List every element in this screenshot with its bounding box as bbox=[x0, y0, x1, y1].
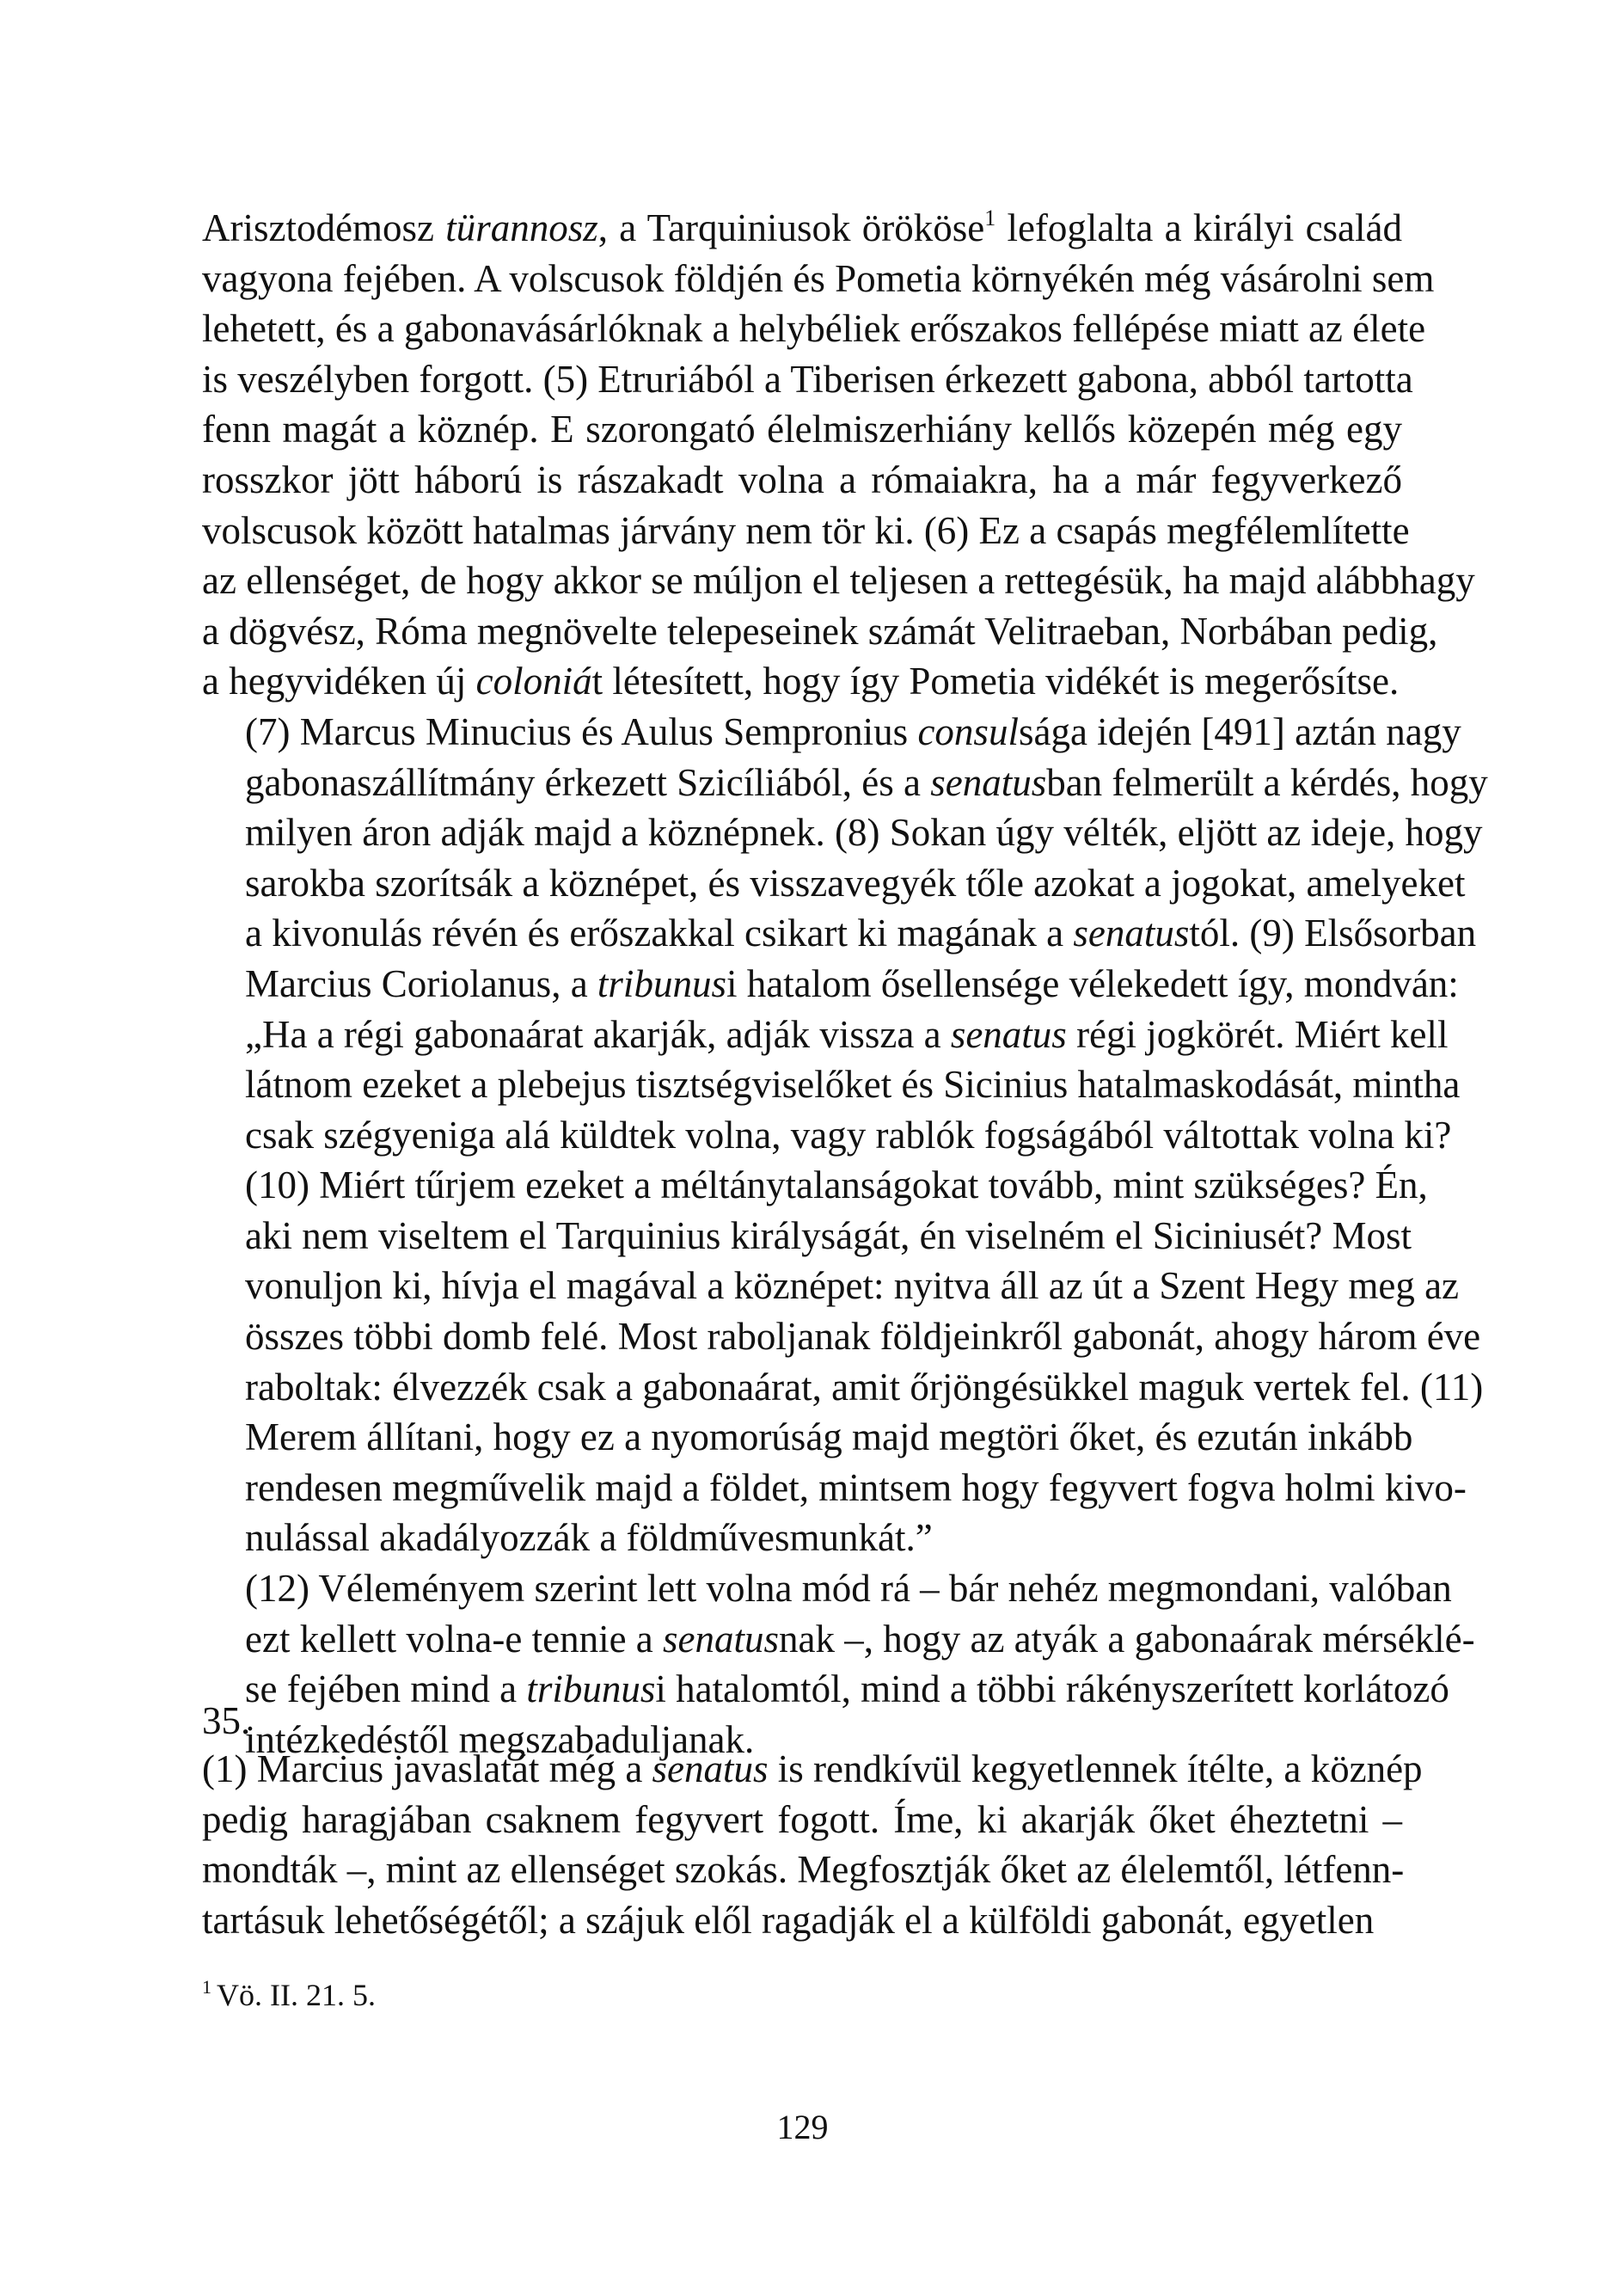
text-line: Merem állítani, hogy ez a nyomorúság maj… bbox=[202, 1412, 1402, 1463]
text-line: se fejében mind a tribunusi hatalomtól, … bbox=[202, 1664, 1402, 1715]
footnote-reference[interactable]: 1 bbox=[984, 206, 995, 230]
text-line: az ellenséget, de hogy akkor se múljon e… bbox=[202, 556, 1402, 606]
section-35-body: (1) Marcius javaslatát még a senatus is … bbox=[202, 1744, 1402, 1945]
book-page: Arisztodémosz türannosz, a Tarquiniusok … bbox=[0, 0, 1605, 2296]
text-line: lehetett, és a gabonavásárlóknak a helyb… bbox=[202, 304, 1402, 354]
section-number: 35. bbox=[202, 1696, 250, 1747]
text-line: nulással akadályozzák a földművesmunkát.… bbox=[202, 1513, 1402, 1563]
section-35-paragraph-1: (1) Marcius javaslatát még a senatus is … bbox=[202, 1744, 1402, 1945]
text-line: csak szégyeniga alá küldtek volna, vagy … bbox=[202, 1110, 1402, 1161]
italic-term: senatus bbox=[1073, 912, 1189, 955]
text-line: vonuljon ki, hívja el magával a köznépet… bbox=[202, 1261, 1402, 1311]
text-line: „Ha a régi gabonaárat akarják, adják vis… bbox=[202, 1010, 1402, 1060]
paragraph-2: (7) Marcus Minucius és Aulus Sempronius … bbox=[202, 707, 1402, 1563]
text-line: aki nem viseltem el Tarquinius királyság… bbox=[202, 1211, 1402, 1262]
italic-term: senatus bbox=[930, 761, 1046, 804]
body-text: Arisztodémosz türannosz, a Tarquiniusok … bbox=[202, 203, 1402, 1765]
text-line: volscusok között hatalmas járvány nem tö… bbox=[202, 506, 1402, 556]
paragraph-3: (12) Véleményem szerint lett volna mód r… bbox=[202, 1563, 1402, 1765]
italic-term: senatus bbox=[652, 1747, 769, 1790]
italic-term: coloniá bbox=[476, 660, 592, 703]
text-line: vagyona fejében. A volscusok földjén és … bbox=[202, 254, 1402, 304]
text-line: is veszélyben forgott. (5) Etruriából a … bbox=[202, 354, 1402, 405]
italic-term: senatus bbox=[951, 1013, 1067, 1056]
text-line: (7) Marcus Minucius és Aulus Sempronius … bbox=[202, 707, 1402, 758]
text-line: rendesen megművelik majd a földet, mints… bbox=[202, 1463, 1402, 1513]
text-line: mondták –, mint az ellenséget szokás. Me… bbox=[202, 1845, 1402, 1895]
footnote-text: Vö. II. 21. 5. bbox=[217, 1978, 376, 2012]
text-line: összes többi domb felé. Most raboljanak … bbox=[202, 1311, 1402, 1362]
text-line: (12) Véleményem szerint lett volna mód r… bbox=[202, 1563, 1402, 1614]
text-line: a dögvész, Róma megnövelte telepeseinek … bbox=[202, 606, 1402, 657]
text-line: Arisztodémosz türannosz, a Tarquiniusok … bbox=[202, 203, 1402, 254]
text-line: milyen áron adják majd a köznépnek. (8) … bbox=[202, 807, 1402, 858]
text-line: a hegyvidéken új coloniát létesített, ho… bbox=[202, 656, 1402, 707]
text-line: sarokba szorítsák a köznépet, és visszav… bbox=[202, 858, 1402, 909]
text-line: ezt kellett volna-e tennie a senatusnak … bbox=[202, 1614, 1402, 1665]
text-line: fenn magát a köznép. E szorongató élelmi… bbox=[202, 404, 1402, 455]
text-line: gabonaszállítmány érkezett Szicíliából, … bbox=[202, 758, 1402, 808]
italic-term: tribunus bbox=[597, 962, 726, 1005]
text-line: tartásuk lehetőségétől; a szájuk elől ra… bbox=[202, 1895, 1402, 1946]
text-line: Marcius Coriolanus, a tribunusi hatalom … bbox=[202, 959, 1402, 1010]
text-line: (10) Miért tűrjem ezeket a méltánytalans… bbox=[202, 1160, 1402, 1211]
text-line: látnom ezeket a plebejus tisztségviselők… bbox=[202, 1059, 1402, 1110]
text-line: a kivonulás révén és erőszakkal csikart … bbox=[202, 908, 1402, 959]
text-line: rosszkor jött háború is rászakadt volna … bbox=[202, 455, 1402, 506]
footnote-1: 1Vö. II. 21. 5. bbox=[202, 1976, 376, 2014]
text-line: raboltak: élvezzék csak a gabonaárat, am… bbox=[202, 1362, 1402, 1413]
text-line: (1) Marcius javaslatát még a senatus is … bbox=[202, 1744, 1402, 1795]
page-number: 129 bbox=[0, 2107, 1605, 2148]
italic-term: consul bbox=[917, 710, 1019, 753]
text-line: pedig haragjában csaknem fegyvert fogott… bbox=[202, 1795, 1402, 1845]
italic-term: tribunus bbox=[526, 1667, 655, 1710]
footnote-marker: 1 bbox=[202, 1976, 211, 1998]
paragraph-1: Arisztodémosz türannosz, a Tarquiniusok … bbox=[202, 203, 1402, 707]
italic-term: senatus bbox=[663, 1618, 779, 1661]
italic-term: türannosz bbox=[445, 206, 598, 249]
